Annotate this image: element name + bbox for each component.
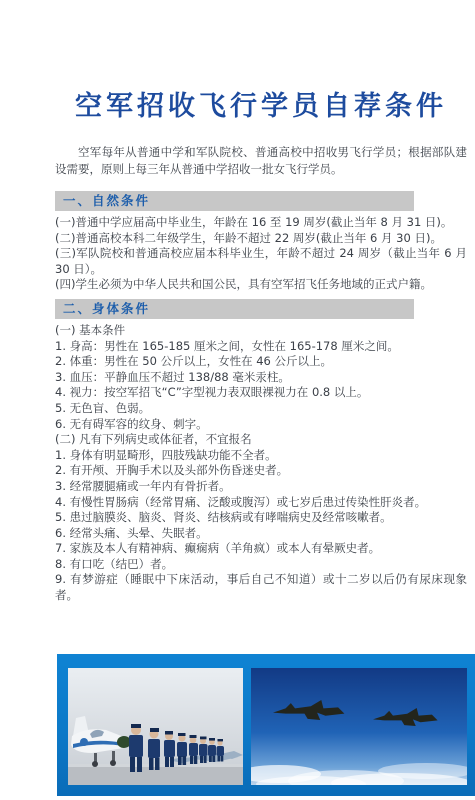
condition-item: 6. 经常头痛、头晕、失眠者。 bbox=[55, 526, 467, 542]
section-bar-physical-conditions: 二、身体条件 bbox=[55, 299, 414, 319]
fighter-jets-photo bbox=[251, 668, 467, 785]
section-title: 一、自然条件 bbox=[63, 193, 150, 208]
intro-paragraph: 空军每年从普通中学和军队院校、普通高校中招收男飞行学员；根据部队建设需要，原则上… bbox=[55, 144, 467, 177]
content-column: 空军招收飞行学员自荐条件 空军每年从普通中学和军队院校、普通高校中招收男飞行学员… bbox=[55, 0, 467, 604]
natural-conditions-list: (一)普通中学应届高中毕业生，年龄在 16 至 19 周岁(截止当年 8 月 3… bbox=[55, 215, 467, 293]
condition-item: 3. 血压：平静血压不超过 138/88 毫米汞柱。 bbox=[55, 370, 467, 386]
condition-item: 1. 身体有明显畸形，四肢残缺功能不全者。 bbox=[55, 448, 467, 464]
subheading-disqualifying-conditions: (二) 凡有下列病史或体征者，不宜报名 bbox=[55, 432, 467, 448]
condition-item: 6. 无有碍军容的纹身、刺字。 bbox=[55, 417, 467, 433]
condition-item: 8. 有口吃（结巴）者。 bbox=[55, 557, 467, 573]
condition-item: (一)普通中学应届高中毕业生，年龄在 16 至 19 周岁(截止当年 8 月 3… bbox=[55, 215, 467, 231]
leaflet-page: 空军招收飞行学员自荐条件 空军每年从普通中学和军队院校、普通高校中招收男飞行学员… bbox=[0, 0, 475, 800]
section-title: 二、身体条件 bbox=[63, 301, 150, 316]
condition-item: (二)普通高校本科二年级学生，年龄不超过 22 周岁(截止当年 6 月 30 日… bbox=[55, 231, 467, 247]
page-title: 空军招收飞行学员自荐条件 bbox=[55, 90, 467, 124]
condition-item: (三)军队院校和普通高校应届本科毕业生，年龄不超过 24 周岁（截止当年 6 月… bbox=[55, 246, 467, 277]
condition-item: 4. 有慢性胃肠病（经常胃痛、泛酸或腹泻）或七岁后患过传染性肝炎者。 bbox=[55, 495, 467, 511]
fighter-jets-illustration bbox=[251, 668, 467, 785]
condition-item: 1. 身高：男性在 165-185 厘米之间，女性在 165-178 厘米之间。 bbox=[55, 339, 467, 355]
condition-item: 5. 患过脑膜炎、脑炎、肾炎、结核病或有哮喘病史及经常咳嗽者。 bbox=[55, 510, 467, 526]
subheading-basic-conditions: (一) 基本条件 bbox=[55, 323, 467, 339]
condition-item: 7. 家族及本人有精神病、癫痫病（羊角疯）或本人有晕厥史者。 bbox=[55, 541, 467, 557]
condition-item: 2. 体重：男性在 50 公斤以上，女性在 46 公斤以上。 bbox=[55, 354, 467, 370]
photo-band bbox=[57, 654, 475, 796]
condition-item: 3. 经常腰腿痛或一年内有骨折者。 bbox=[55, 479, 467, 495]
condition-item: 5. 无色盲、色弱。 bbox=[55, 401, 467, 417]
condition-item: 9. 有梦游症（睡眠中下床活动，事后自己不知道）或十二岁以后仍有尿床现象者。 bbox=[55, 572, 467, 603]
section-bar-natural-conditions: 一、自然条件 bbox=[55, 191, 414, 211]
condition-item: (四)学生必须为中华人民共和国公民，具有空军招飞任务地域的正式户籍。 bbox=[55, 277, 467, 293]
pilots-lineup-illustration bbox=[68, 668, 243, 785]
pilots-lineup-photo bbox=[68, 668, 243, 785]
condition-item: 4. 视力：按空军招飞“C”字型视力表双眼裸视力在 0.8 以上。 bbox=[55, 385, 467, 401]
physical-conditions-list: (一) 基本条件 1. 身高：男性在 165-185 厘米之间，女性在 165-… bbox=[55, 323, 467, 604]
condition-item: 2. 有开颅、开胸手术以及头部外伤昏迷史者。 bbox=[55, 463, 467, 479]
